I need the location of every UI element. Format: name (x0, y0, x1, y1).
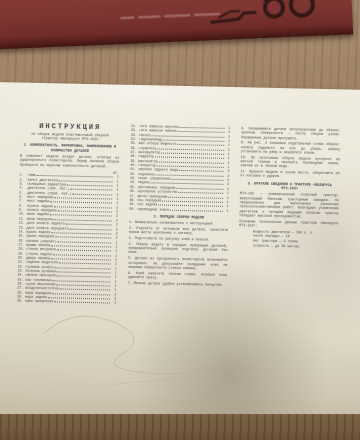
dotted-leader (59, 180, 113, 182)
assembly-step: 6. Клей наносите тонким слоем, излишки к… (128, 272, 227, 283)
dotted-leader (59, 263, 111, 265)
dotted-leader (155, 157, 223, 159)
dotted-leader (53, 254, 111, 256)
dotted-leader (70, 228, 112, 230)
dotted-leader (162, 200, 222, 202)
dotted-leader (151, 183, 223, 186)
table-surface (0, 414, 360, 440)
assembly-step: 9. На рис. 2 показана подетальная схема … (241, 142, 341, 157)
dotted-leader (50, 215, 112, 217)
dotted-leader (60, 289, 110, 291)
kit-box-lid (0, 0, 353, 50)
assembly-step: 5. Детали из прозрачного полистирола вкл… (128, 257, 228, 272)
dotted-leader (178, 144, 224, 146)
dotted-leader (170, 209, 222, 211)
dotted-leader (161, 153, 223, 155)
doc-title: ИНСТРУКЦИЯ (21, 123, 120, 133)
dotted-leader (54, 219, 112, 221)
dotted-leader (55, 237, 111, 239)
column-3: 8. Окрашивайте детали нитрокрасками до с… (237, 127, 340, 311)
specs-intro: Основные технические данные трактора «Бе… (239, 220, 338, 231)
dotted-leader (171, 179, 223, 181)
dotted-leader (37, 175, 113, 178)
parts-list-item: 30. Крюк прицепной 1 (17, 300, 116, 306)
section2-heading: 2. ПОРЯДОК СБОРКИ МОДЕЛИ (129, 215, 228, 221)
dotted-leader (158, 205, 222, 207)
dotted-leader (179, 170, 223, 172)
dotted-leader (155, 174, 223, 176)
section1-intro: В комплект модели входят детали, отлитые… (20, 155, 120, 170)
dotted-leader (152, 135, 224, 138)
section1-heading: 1. КОМПЛЕКТНОСТЬ, МАРКИРОВКА, НАИМЕНОВАН… (20, 144, 119, 155)
dotted-leader (51, 258, 111, 260)
assembly-step: 10. По окончании сборки модели протрите … (240, 156, 340, 171)
spec-line: скорость — до 30 км/час (253, 244, 338, 250)
dotted-leader (57, 250, 111, 252)
box-tractor-art (203, 0, 324, 29)
dotted-leader (54, 197, 112, 199)
dotted-leader (54, 206, 112, 208)
assembly-step: 8. Окрашивайте детали нитрокрасками до с… (241, 127, 341, 142)
assembly-step: 2. Отделите от литников все детали, зачи… (129, 227, 228, 238)
dotted-leader (58, 211, 112, 213)
dotted-leader (56, 284, 110, 286)
photo-scene: ИНСТРУКЦИЯ по сборке модели пластмассово… (0, 0, 360, 440)
instruction-sheet: ИНСТРУКЦИЯ по сборке модели пластмассово… (0, 82, 360, 424)
dotted-leader (178, 131, 224, 133)
dotted-leader (57, 241, 111, 243)
section3-text: МТЗ-102 — универсальный колёсный трактор… (239, 193, 339, 221)
dotted-leader (52, 280, 110, 282)
dotted-leader (48, 297, 110, 299)
dotted-leader (54, 302, 110, 304)
assembly-step: 11. Храните модель в сухом месте, оберег… (240, 170, 339, 181)
dotted-leader (179, 192, 223, 194)
printed-document: ИНСТРУКЦИЯ по сборке модели пластмассово… (17, 123, 341, 322)
dotted-leader (164, 140, 224, 142)
parts-list-2: 31. Тяга навески верхняя 1 32. Тяга наве… (129, 125, 230, 214)
dotted-leader (55, 267, 111, 269)
column-1: ИНСТРУКЦИЯ по сборке модели пластмассово… (17, 123, 120, 307)
dotted-leader (159, 161, 223, 163)
dotted-leader (50, 202, 112, 204)
dotted-leader (57, 271, 111, 273)
parts-list-1: 1. Рама 1 2. Капот двигателя 1 (17, 174, 119, 306)
assembly-steps-1: 1. Внимательно ознакомьтесь с инструкцие… (128, 221, 229, 288)
dotted-leader (180, 127, 224, 129)
assembly-step: 7. Мелкие детали удобно устанавливать пи… (128, 282, 227, 288)
column-2: 31. Тяга навески верхняя 1 32. Тяга наве… (127, 125, 230, 309)
section3-heading: 3. КРАТКИЕ СВЕДЕНИЯ О ТРАКТОРЕ «БЕЛАРУСЬ… (240, 182, 339, 193)
dotted-leader (169, 196, 223, 198)
dotted-leader (67, 185, 113, 187)
dotted-leader (51, 232, 111, 234)
dotted-leader (177, 188, 223, 190)
specs-list: мощность двигателя — 100 л. с. число пер… (253, 230, 339, 250)
dotted-leader (57, 276, 111, 278)
parts-list-item: 50. Переводные знаки 1 (129, 207, 228, 213)
dotted-leader (72, 193, 112, 195)
assembly-step: 4. Сборку ведите в порядке нумерации дет… (128, 243, 228, 258)
dotted-leader (157, 166, 223, 168)
assembly-steps-2: 8. Окрашивайте детали нитрокрасками до с… (240, 127, 340, 181)
dotted-leader (158, 148, 224, 150)
dotted-leader (51, 245, 111, 247)
dotted-leader (70, 189, 112, 191)
dotted-leader (66, 224, 112, 226)
dotted-leader (52, 293, 110, 295)
